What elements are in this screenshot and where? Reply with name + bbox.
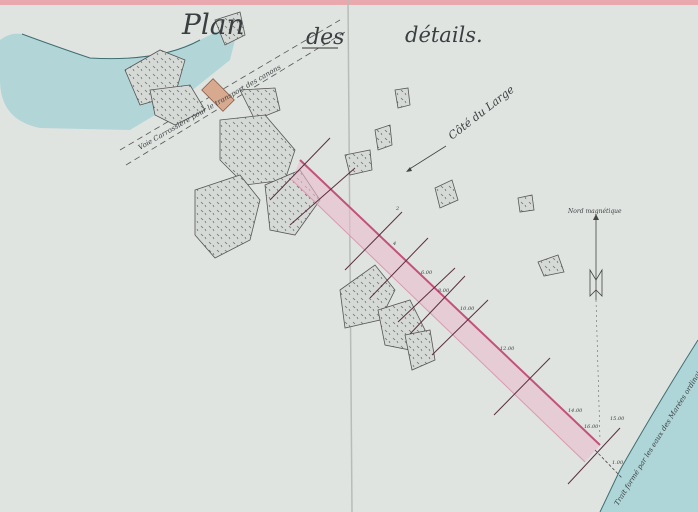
svg-text:2: 2 — [395, 206, 399, 212]
svg-text:15.00: 15.00 — [610, 416, 625, 422]
svg-text:6.00: 6.00 — [421, 270, 433, 276]
top-border — [0, 0, 698, 5]
svg-text:1.00: 1.00 — [612, 460, 624, 466]
svg-text:8.00: 8.00 — [438, 288, 450, 294]
label-nord-magnetique: Nord magnétique — [567, 208, 622, 215]
title-word-des: des — [306, 25, 344, 50]
offshore-arrow-icon — [406, 146, 446, 172]
title-word-details: détails. — [405, 23, 483, 47]
svg-text:12.00: 12.00 — [500, 346, 515, 352]
map-sheet: Plan des détails. Voie Carrossière pour … — [0, 0, 698, 512]
svg-text:14.00: 14.00 — [568, 408, 583, 414]
svg-text:16.00: 16.00 — [584, 424, 599, 430]
page-fold — [348, 0, 352, 512]
svg-text:4: 4 — [392, 241, 396, 247]
title-word-plan: Plan — [181, 8, 245, 41]
map-drawing: Plan des détails. Voie Carrossière pour … — [0, 0, 698, 512]
label-cote-du-large: Côté du Large — [446, 83, 517, 143]
svg-text:10.00: 10.00 — [460, 306, 475, 312]
north-arrow-icon — [590, 214, 602, 440]
sea-area-southeast — [600, 340, 698, 512]
